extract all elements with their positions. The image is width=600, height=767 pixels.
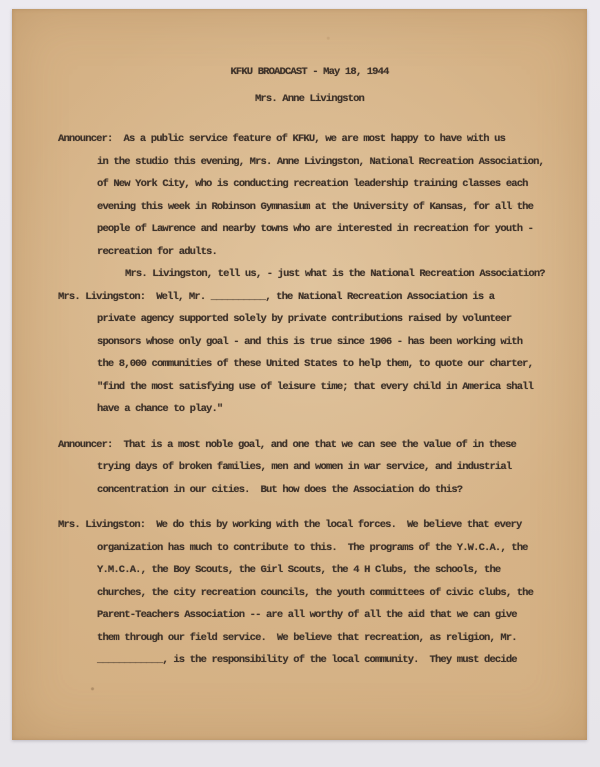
line-text: As a public service feature of KFKU, we … xyxy=(124,133,506,145)
text-line: Mrs. Livingston, tell us, - just what is… xyxy=(125,263,587,286)
paragraph: Mrs. Livingston:Well, Mr. __________, th… xyxy=(12,286,587,421)
text-line: Mrs. Livingston:Well, Mr. __________, th… xyxy=(58,286,587,309)
text-line: Announcer:That is a most noble goal, and… xyxy=(58,434,587,457)
text-line: "find the most satisfying use of leisure… xyxy=(97,376,587,399)
line-text: Well, Mr. __________, the National Recre… xyxy=(156,291,494,303)
paragraph: Announcer:As a public service feature of… xyxy=(12,128,587,263)
text-line: Mrs. Livingston:We do this by working wi… xyxy=(58,514,587,537)
speaker-label: Announcer: xyxy=(58,133,113,145)
text-line: ____________, is the responsibility of t… xyxy=(97,649,587,672)
text-line: Announcer:As a public service feature of… xyxy=(58,128,587,151)
text-line: them through our field service. We belie… xyxy=(97,627,587,650)
text-line: evening this week in Robinson Gymnasium … xyxy=(97,196,587,219)
document-body: Announcer:As a public service feature of… xyxy=(12,128,587,672)
text-line: private agency supported solely by priva… xyxy=(97,308,587,331)
paragraph: Mrs. Livingston:We do this by working wi… xyxy=(12,514,587,672)
text-line: Parent-Teachers Association -- are all w… xyxy=(97,604,587,627)
text-line: in the studio this evening, Mrs. Anne Li… xyxy=(97,151,587,174)
document-title: KFKU BROADCAST - May 18, 1944 xyxy=(32,59,587,86)
text-line: the 8,000 communities of these United St… xyxy=(97,353,587,376)
scan-background: KFKU BROADCAST - May 18, 1944 Mrs. Anne … xyxy=(0,0,600,767)
document-page: KFKU BROADCAST - May 18, 1944 Mrs. Anne … xyxy=(12,9,587,740)
paragraph: Mrs. Livingston, tell us, - just what is… xyxy=(12,263,587,286)
text-line: sponsors whose only goal - and this is t… xyxy=(97,331,587,354)
text-line: people of Lawrence and nearby towns who … xyxy=(97,218,587,241)
line-text: We do this by working with the local for… xyxy=(156,519,521,531)
speaker-label: Announcer: xyxy=(58,439,113,451)
text-line: of New York City, who is conducting recr… xyxy=(97,173,587,196)
line-text: That is a most noble goal, and one that … xyxy=(124,439,516,451)
text-line: organization has much to contribute to t… xyxy=(97,537,587,560)
text-line: Y.M.C.A., the Boy Scouts, the Girl Scout… xyxy=(97,559,587,582)
document-subtitle: Mrs. Anne Livingston xyxy=(32,86,587,113)
text-line: trying days of broken families, men and … xyxy=(97,456,587,479)
speaker-label: Mrs. Livingston: xyxy=(58,519,145,531)
text-line: have a chance to play." xyxy=(97,398,587,421)
text-line: churches, the city recreation councils, … xyxy=(97,582,587,605)
document-header: KFKU BROADCAST - May 18, 1944 Mrs. Anne … xyxy=(12,9,587,113)
speaker-label: Mrs. Livingston: xyxy=(58,291,145,303)
text-line: concentration in our cities. But how doe… xyxy=(97,479,587,502)
paragraph: Announcer:That is a most noble goal, and… xyxy=(12,434,587,502)
text-line: recreation for adults. xyxy=(97,241,587,264)
